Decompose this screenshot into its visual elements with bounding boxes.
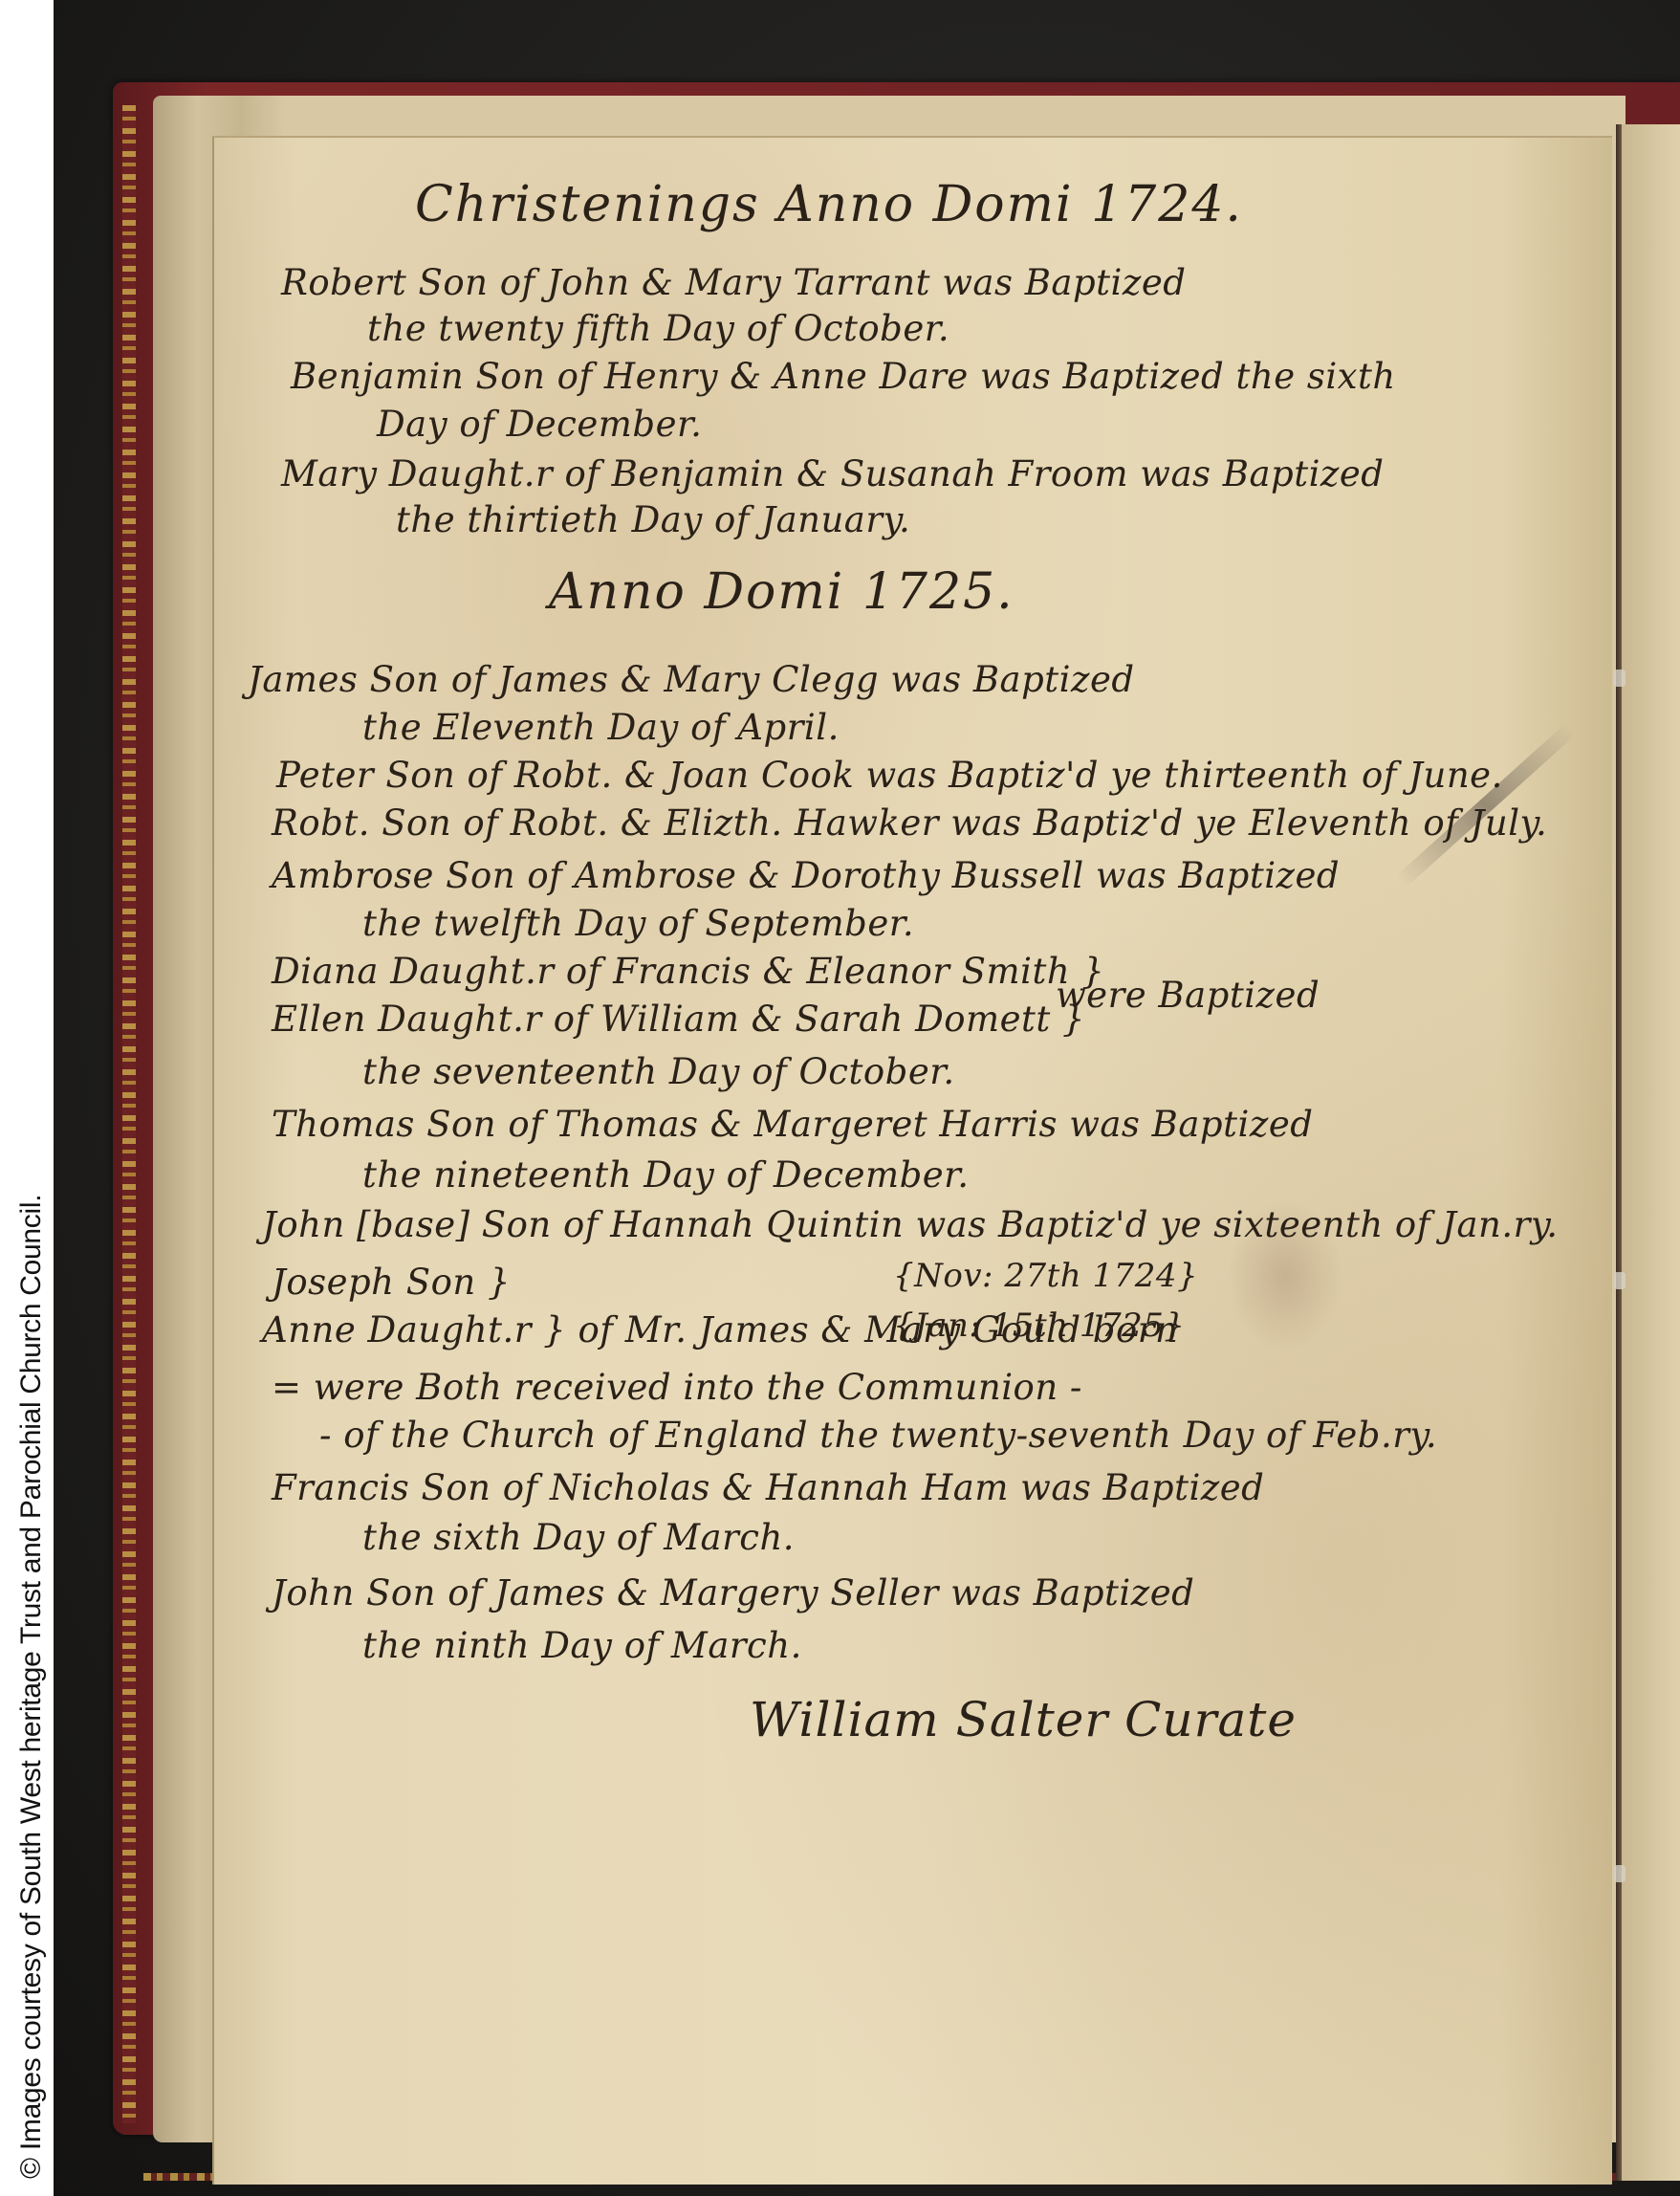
entry-1725-8-date-2: {Jan: 15th 1725} xyxy=(893,1307,1185,1345)
entry-1725-8-line3: = were Both received into the Communion … xyxy=(272,1367,1082,1408)
entry-1725-3: Robt. Son of Robt. & Elizth. Hawker was … xyxy=(272,802,1547,844)
entry-1725-9-line2: the sixth Day of March. xyxy=(362,1517,795,1558)
facing-page-edge xyxy=(1622,124,1680,2181)
heading-1725: Anno Domi 1725. xyxy=(549,563,1015,621)
entry-1725-5-bracket-note: were Baptized xyxy=(1056,975,1320,1016)
credit-strip: © Images courtesy of South West heritage… xyxy=(0,0,54,2196)
entry-1725-7: John [base] Son of Hannah Quintin was Ba… xyxy=(262,1204,1559,1245)
entry-1725-5-line2: Ellen Daught.r of William & Sarah Domett… xyxy=(272,999,1085,1040)
entry-1725-5-line1: Diana Daught.r of Francis & Eleanor Smit… xyxy=(272,951,1104,992)
register-page: Christenings Anno Domi 1724. Robert Son … xyxy=(212,136,1612,2185)
entry-1725-4-line1: Ambrose Son of Ambrose & Dorothy Bussell… xyxy=(272,855,1340,896)
entry-1724-1-line1: Robert Son of John & Mary Tarrant was Ba… xyxy=(281,262,1186,303)
entry-1725-5-line3: the seventeenth Day of October. xyxy=(362,1051,955,1092)
entry-1725-6-line1: Thomas Son of Thomas & Margeret Harris w… xyxy=(272,1104,1313,1145)
entry-1724-2-line1: Benjamin Son of Henry & Anne Dare was Ba… xyxy=(291,356,1396,397)
entry-1725-1-line1: James Son of James & Mary Clegg was Bapt… xyxy=(248,659,1135,700)
entry-1725-10-line1: John Son of James & Margery Seller was B… xyxy=(272,1572,1194,1614)
copyright-credit: © Images courtesy of South West heritage… xyxy=(15,1195,48,2179)
entry-1725-4-line2: the twelfth Day of September. xyxy=(362,903,914,944)
entry-1725-8-line1: Joseph Son } xyxy=(272,1262,511,1303)
entry-1725-9-line1: Francis Son of Nicholas & Hannah Ham was… xyxy=(272,1467,1264,1508)
entry-1725-2: Peter Son of Robt. & Joan Cook was Bapti… xyxy=(276,755,1503,796)
binding-stitch xyxy=(1614,670,1625,687)
entry-1724-2-line2: Day of December. xyxy=(377,404,702,445)
entry-1724-1-line2: the twenty fifth Day of October. xyxy=(367,308,949,349)
entry-1725-8-date-1: {Nov: 27th 1724} xyxy=(893,1257,1198,1295)
entry-1725-1-line2: the Eleventh Day of April. xyxy=(362,707,840,748)
gilt-border-left xyxy=(122,105,136,2123)
entry-1725-8-line4: - of the Church of England the twenty-se… xyxy=(319,1415,1437,1456)
entry-1724-3-line2: the thirtieth Day of January. xyxy=(396,499,910,540)
entry-1725-10-line2: the ninth Day of March. xyxy=(362,1625,802,1666)
binding-stitch xyxy=(1614,1865,1625,1882)
curate-signature: William Salter Curate xyxy=(750,1692,1297,1747)
entry-1725-6-line2: the nineteenth Day of December. xyxy=(362,1154,970,1196)
heading-1724: Christenings Anno Domi 1724. xyxy=(415,176,1243,233)
binding-stitch xyxy=(1614,1272,1625,1289)
entry-1724-3-line1: Mary Daught.r of Benjamin & Susanah Froo… xyxy=(281,453,1384,494)
